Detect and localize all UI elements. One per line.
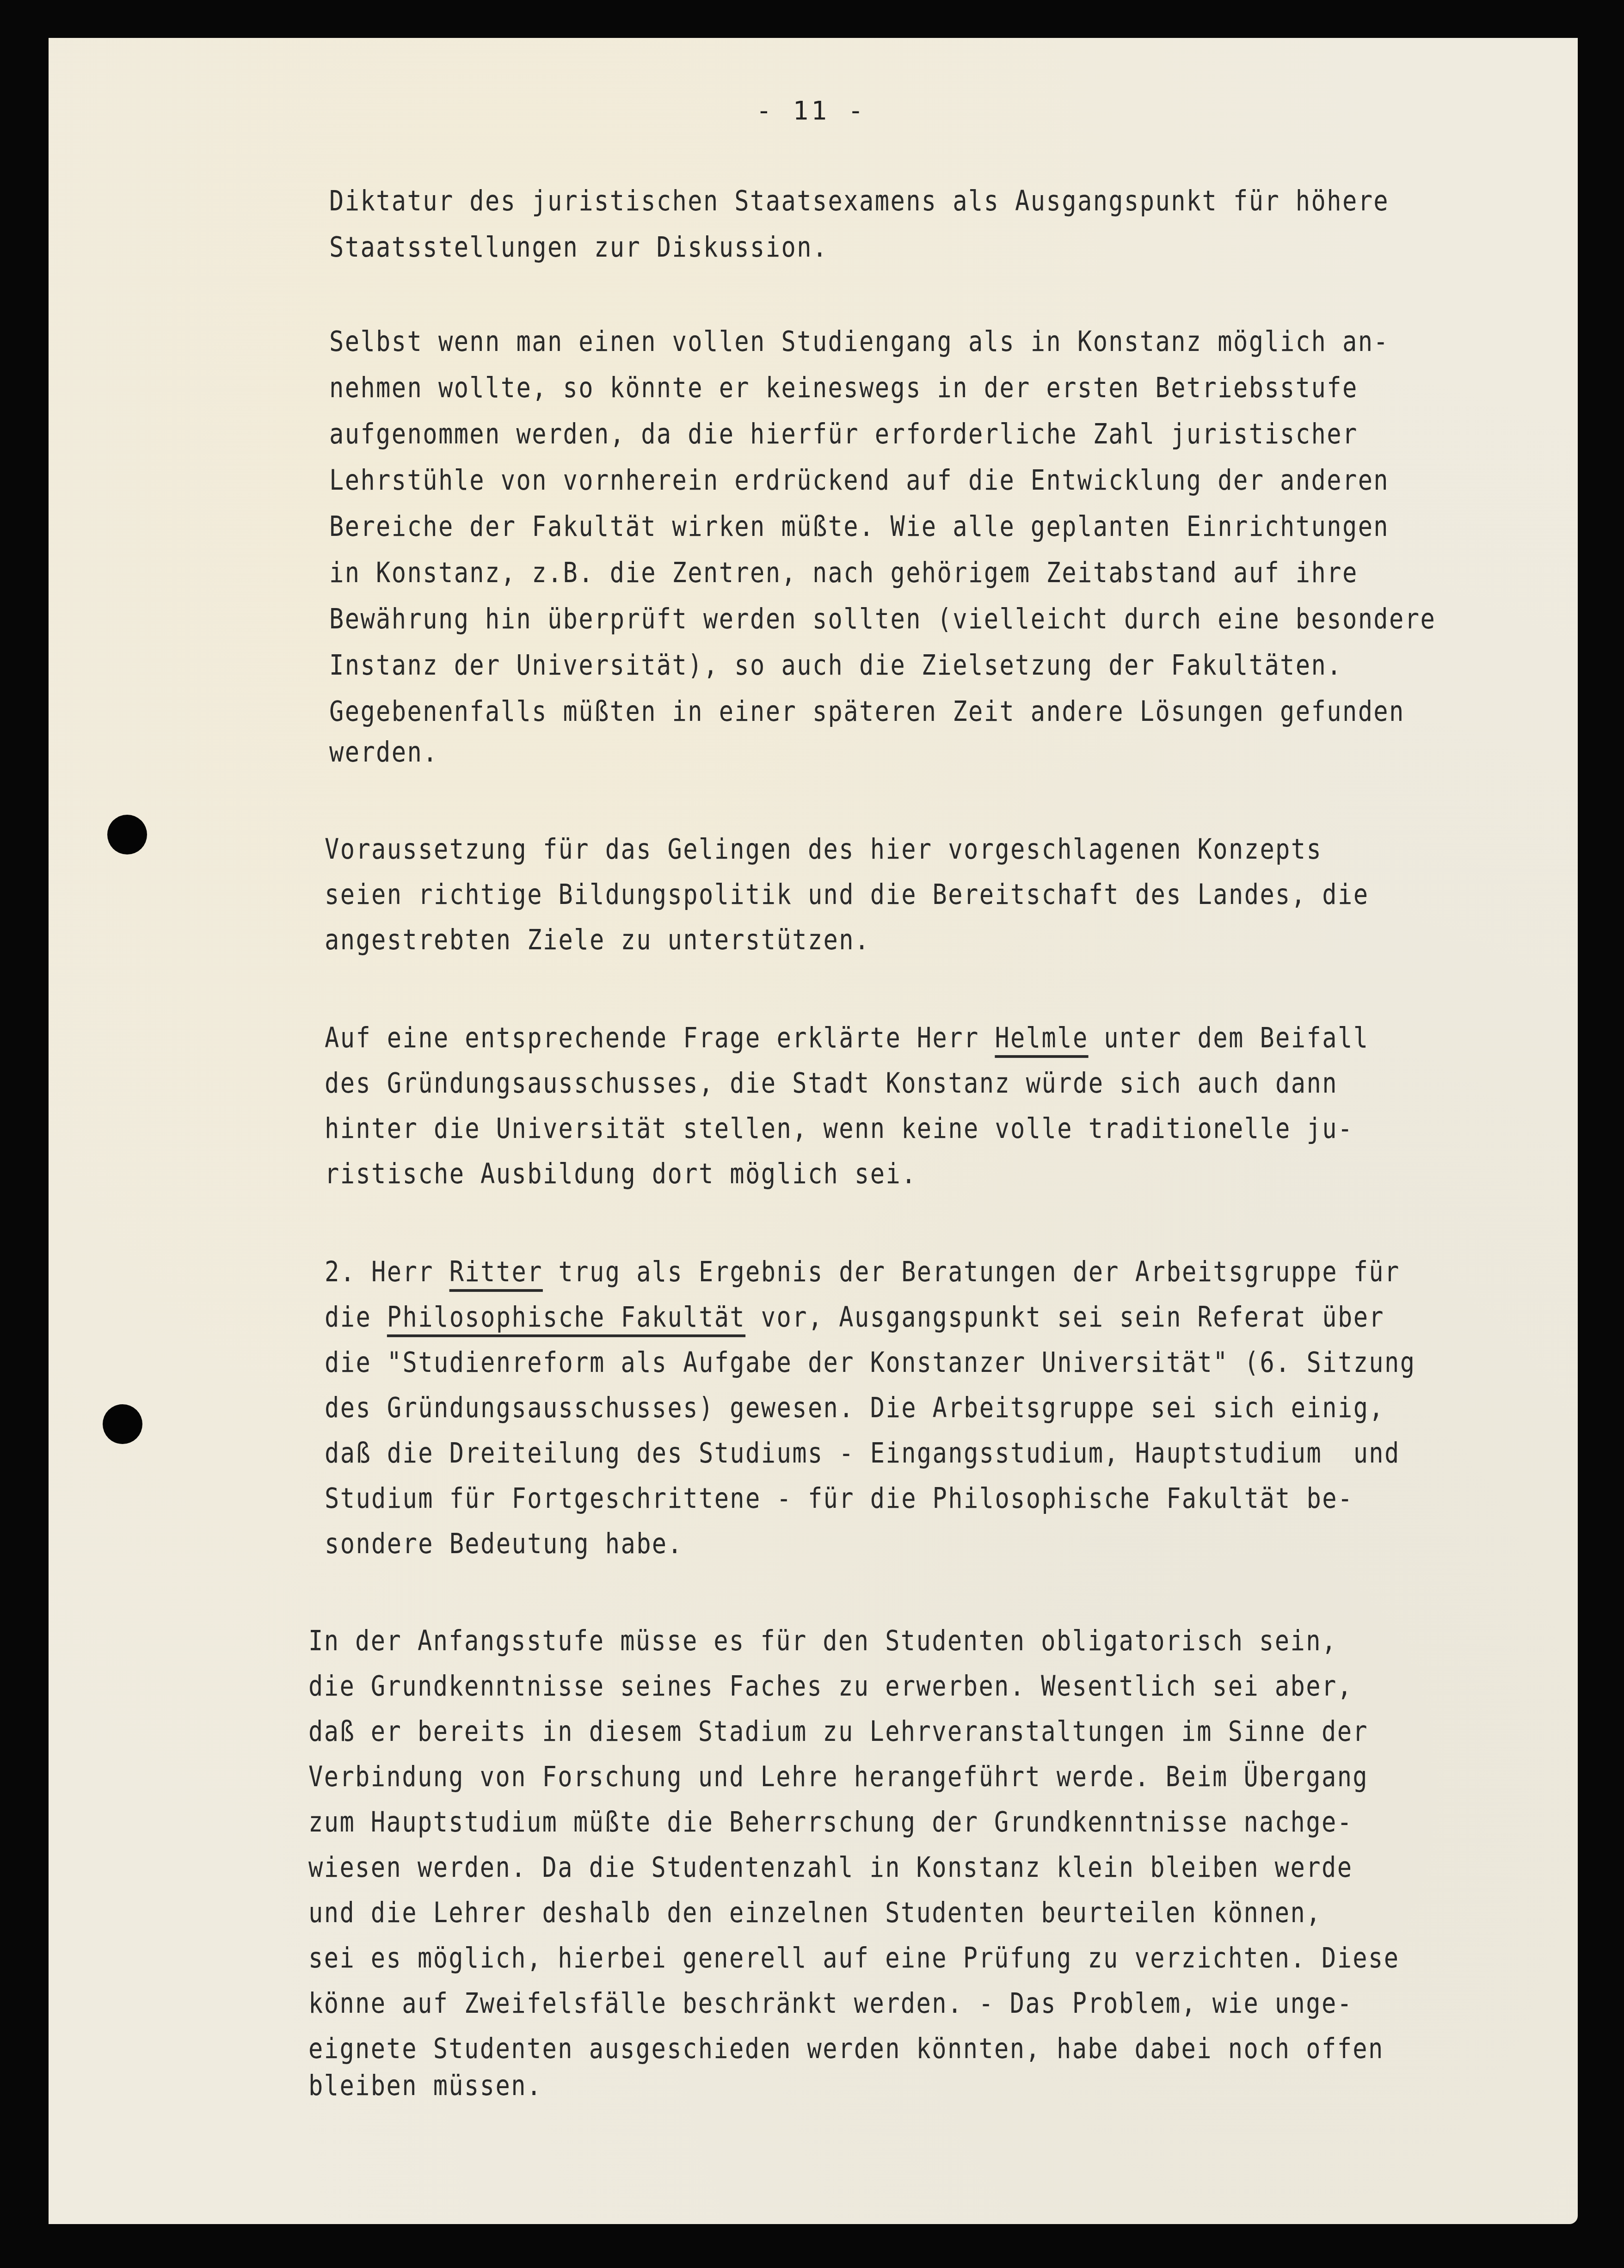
text-line: seien richtige Bildungspolitik und die B… — [325, 879, 1369, 911]
text-line: sei es möglich, hierbei generell auf ein… — [308, 1942, 1399, 1975]
text-line: sondere Bedeutung habe. — [325, 1528, 683, 1561]
punch-hole-upper — [107, 815, 147, 854]
document-page: - 11 - Diktatur des juristischen Staatse… — [49, 38, 1578, 2224]
text-fragment: trug als Ergebnis der Beratungen der Arb… — [543, 1256, 1400, 1289]
text-line: die Philosophische Fakultät vor, Ausgang… — [325, 1301, 1384, 1334]
text-line: 2. Herr Ritter trug als Ergebnis der Ber… — [325, 1256, 1400, 1289]
punch-hole-lower — [103, 1404, 142, 1444]
text-line: Staatsstellungen zur Diskussion. — [329, 231, 828, 264]
text-fragment: 2. Herr — [325, 1256, 449, 1289]
text-line: ristische Ausbildung dort möglich sei. — [325, 1158, 917, 1191]
underlined-name-helmle: Helmle — [995, 1022, 1088, 1055]
text-line: Studium für Fortgeschrittene - für die P… — [325, 1482, 1353, 1515]
text-fragment: Auf eine entsprechende Frage erklärte He… — [325, 1022, 995, 1055]
text-line: eignete Studenten ausgeschieden werden k… — [308, 2033, 1384, 2065]
text-line: Selbst wenn man einen vollen Studiengang… — [329, 326, 1389, 358]
text-line: zum Hauptstudium müßte die Beherrschung … — [308, 1806, 1353, 1839]
text-line: daß die Dreiteilung des Studiums - Einga… — [325, 1437, 1400, 1470]
text-line: hinter die Universität stellen, wenn kei… — [325, 1112, 1353, 1145]
text-line: In der Anfangsstufe müsse es für den Stu… — [308, 1625, 1337, 1658]
text-line: Lehrstühle von vornherein erdrückend auf… — [329, 464, 1389, 497]
text-line: werden. — [329, 736, 438, 769]
text-line: Instanz der Universität), so auch die Zi… — [329, 649, 1342, 682]
text-line: die "Studienreform als Aufgabe der Konst… — [325, 1346, 1415, 1379]
page-number: - 11 - — [756, 96, 866, 126]
text-line: wiesen werden. Da die Studentenzahl in K… — [308, 1851, 1353, 1884]
text-line: Verbindung von Forschung und Lehre heran… — [308, 1761, 1368, 1794]
text-line: in Konstanz, z.B. die Zentren, nach gehö… — [329, 557, 1358, 590]
text-line: Voraussetzung für das Gelingen des hier … — [325, 833, 1322, 866]
text-fragment: die — [325, 1301, 387, 1334]
underlined-name-ritter: Ritter — [449, 1256, 543, 1289]
text-line: des Gründungsausschusses) gewesen. Die A… — [325, 1392, 1384, 1425]
text-line: bleiben müssen. — [308, 2070, 542, 2102]
text-line: Bewährung hin überprüft werden sollten (… — [329, 603, 1436, 636]
text-fragment: unter dem Beifall — [1089, 1022, 1369, 1055]
text-line: Gegebenenfalls müßten in einer späteren … — [329, 695, 1405, 728]
text-fragment: vor, Ausgangspunkt sei sein Referat über — [745, 1301, 1384, 1334]
text-line: Auf eine entsprechende Frage erklärte He… — [325, 1022, 1369, 1055]
text-line: die Grundkenntnisse seines Faches zu erw… — [308, 1670, 1353, 1703]
text-line: könne auf Zweifelsfälle beschränkt werde… — [308, 1987, 1353, 2020]
text-line: Diktatur des juristischen Staatsexamens … — [329, 185, 1389, 218]
text-line: daß er bereits in diesem Stadium zu Lehr… — [308, 1715, 1368, 1748]
text-line: nehmen wollte, so könnte er keineswegs i… — [329, 372, 1358, 405]
underlined-philosophische-fakultaet: Philosophische Fakultät — [387, 1301, 745, 1334]
text-line: angestrebten Ziele zu unterstützen. — [325, 924, 870, 957]
text-line: und die Lehrer deshalb den einzelnen Stu… — [308, 1897, 1322, 1930]
text-line: des Gründungsausschusses, die Stadt Kons… — [325, 1067, 1338, 1100]
text-line: Bereiche der Fakultät wirken müßte. Wie … — [329, 510, 1389, 543]
text-line: aufgenommen werden, da die hierfür erfor… — [329, 418, 1358, 451]
